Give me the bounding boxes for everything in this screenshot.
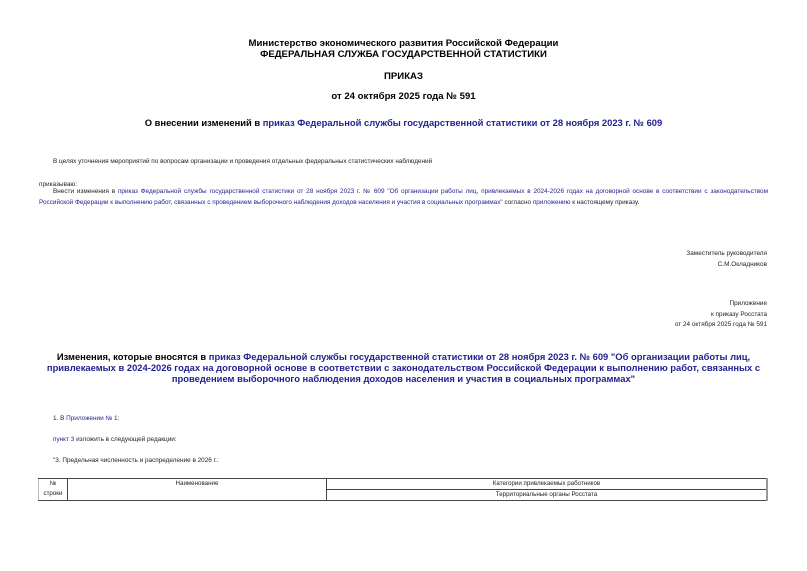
order-subject: О внесении изменений в приказ Федерально… (0, 117, 807, 128)
item-1-prefix: 1. В (53, 415, 66, 422)
signature-position: Заместитель руководителя (686, 249, 767, 260)
column-header-row-number: № строки (39, 479, 68, 501)
order-609-link[interactable]: приказ Федеральной службы государственно… (263, 117, 662, 128)
body-tail: к настоящему приказу. (570, 199, 639, 206)
item-1-subitem: пункт 3 изложить в следующей редакции: (53, 435, 177, 446)
distribution-table: № строки Наименование Категории привлека… (38, 478, 768, 501)
column-header-num-symbol: № (39, 479, 67, 489)
body-order-link[interactable]: приказ Федеральной службы государственно… (39, 188, 768, 206)
signature-block: Заместитель руководителя С.М.Окладников (686, 249, 767, 270)
body-intro: Внести изменения в (53, 188, 118, 195)
appendix-note: Приложение к приказу Росстата от 24 октя… (675, 299, 767, 331)
punkt-3-link[interactable]: пункт 3 (53, 436, 74, 443)
appendix-note-line2: к приказу Росстата (675, 310, 767, 321)
appendix-1-link[interactable]: Приложении № 1 (66, 415, 117, 422)
preamble-text: В целях уточнения мероприятий по вопроса… (53, 157, 432, 168)
appendix-note-line1: Приложение (675, 299, 767, 310)
ministry-name: Министерство экономического развития Рос… (0, 38, 807, 49)
document-date: от 24 октября 2025 года № 591 (0, 91, 807, 102)
column-header-num-label: строки (39, 489, 67, 499)
appendix-note-line3: от 24 октября 2025 года № 591 (675, 320, 767, 331)
column-header-categories: Категории привлекаемых работников (327, 479, 768, 490)
body-middle: согласно (503, 199, 533, 206)
order-subject-prefix: О внесении изменений в (145, 117, 263, 128)
item-1-subitem-text: изложить в следующей редакции: (74, 436, 176, 443)
body-paragraph: Внести изменения в приказ Федеральной сл… (39, 187, 768, 208)
document-type: ПРИКАЗ (0, 71, 807, 82)
changes-title-prefix: Изменения, которые вносятся в (57, 351, 209, 362)
appendix-link[interactable]: приложению (533, 199, 571, 206)
item-1: 1. В Приложении № 1: (53, 414, 119, 425)
column-subheader-territorial: Территориальные органы Росстата (327, 490, 768, 501)
item-1-suffix: : (118, 415, 120, 422)
item-3-text: "3. Предельная численность и распределен… (53, 456, 219, 467)
table-header-row: № строки Наименование Категории привлека… (39, 479, 768, 490)
changes-title: Изменения, которые вносятся в приказ Фед… (30, 351, 777, 384)
service-name: ФЕДЕРАЛЬНАЯ СЛУЖБА ГОСУДАРСТВЕННОЙ СТАТИ… (0, 49, 807, 60)
column-header-name: Наименование (68, 479, 327, 501)
signature-name: С.М.Окладников (686, 260, 767, 271)
